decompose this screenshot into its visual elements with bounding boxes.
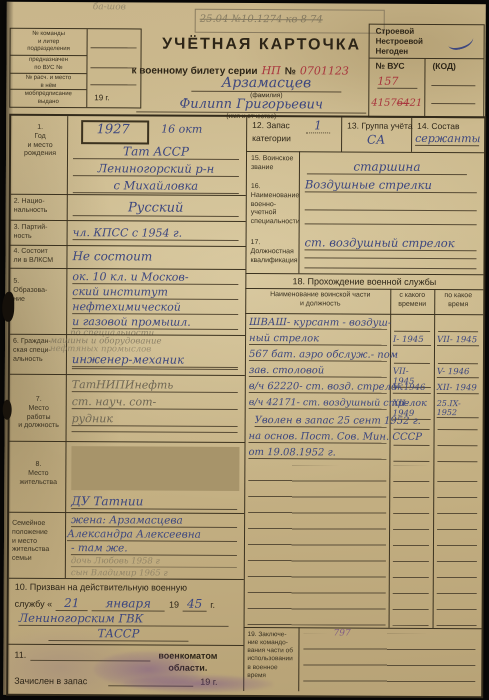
service-row-to: XII- 1949 [437, 383, 479, 394]
s14-label: 14. Состав [417, 121, 459, 131]
ink-stamp-blob [123, 674, 273, 693]
vus-specialty-value: Воздушные стрелки [305, 177, 477, 193]
callup-office-line: ТАССР [48, 626, 188, 642]
service-row-to: VII- 1945 [437, 335, 479, 346]
vus-value-handwritten: 157 [377, 75, 417, 89]
discharge-note-line: на основ. Пост. Сов. Мин. СССР [249, 431, 387, 444]
s16-label: 16. Наименование военно- учетной специал… [251, 183, 297, 227]
s10-line1: 10. Призван на действительную военную [15, 582, 187, 593]
pencil-note-box: 25.04 №10.1274 кв 8 74 [195, 9, 385, 34]
education-line: ок. 10 кл. и Москов- [72, 270, 238, 285]
birth-year: 1927 [83, 122, 143, 137]
surname-handwritten: Арзамасцев [191, 75, 341, 93]
education-line: нефтехимической [72, 300, 238, 315]
blank-to-lines [437, 466, 478, 626]
registration-card: ба-шов № команды и литер подразделения п… [3, 2, 486, 697]
service-row-from: V- 1946 [393, 383, 431, 394]
s11-line2: Зачислен в запас [14, 676, 87, 686]
code-label: (КОД) [432, 61, 455, 71]
service-row-name: 567 бат. аэро обслуж.- пом [249, 349, 387, 362]
s12-label2: категории [252, 133, 291, 143]
composition-value: сержанты [415, 132, 479, 146]
corner-row-label: мобпредписание выдано [11, 91, 85, 106]
family-line: - там же. [71, 542, 237, 556]
nationality-value: Русский [73, 200, 239, 217]
fitness-option: Негоден [376, 47, 409, 56]
education-line: ский институт [72, 285, 238, 300]
s4-label: 4. Состоит ли в ВЛКСМ [13, 248, 67, 266]
corner-row-year: 19 г. [94, 93, 138, 102]
s18-col2-header: с какого времени [392, 292, 432, 310]
family-line: жена: Арзамасцева [71, 514, 237, 528]
service-row-name: ШВАШ- курсант - воздуш- [249, 317, 387, 330]
discharge-note-line: Уволен в запас 25 сент 1952 г. [255, 415, 387, 428]
corner-row-label: предназначен по ВУС № [11, 57, 85, 72]
workplace-line: ст. науч. сот- [72, 395, 238, 410]
service-row-name: в/ч 42171- ст. воздушный стрелок [249, 397, 387, 410]
workplace-line: ТатНИПИнефть [72, 378, 238, 393]
callup-month: января [91, 596, 165, 611]
service-row-from: I- 1945 [393, 335, 431, 346]
callup-day: 21 [56, 596, 87, 611]
s17-label: 17. Должностная квалификация [250, 239, 296, 265]
torn-edge-hole [2, 292, 14, 322]
komsomol-value: Не состоит [72, 249, 238, 264]
workplace-line: рудник [72, 412, 238, 427]
family-faint-line: дочь Любовь 1958 г [71, 556, 237, 568]
s8-label: 8. Место жительства [12, 461, 64, 488]
callup-office-line: Лениногорским ГВК [19, 611, 229, 627]
corner-row-label: № команды и литер подразделения [12, 31, 86, 54]
s15-label: 15. Воинское звание [251, 155, 297, 173]
service-row-name: ный стрелок [249, 333, 387, 346]
pencil-scribble-top: ба-шов [93, 2, 126, 12]
ink-squiggle [446, 31, 475, 52]
torn-edge-hole [3, 400, 12, 420]
callup-year: 45 [183, 597, 206, 612]
fitness-option: Строевой [376, 27, 415, 36]
stamp-digits: 797 [333, 628, 350, 638]
table-center-divider [243, 117, 247, 691]
party-value: чл. КПСС с 1954 г. [73, 226, 239, 241]
name-handwritten: Филипп Григорьевич [136, 96, 366, 113]
birth-place-line: Лениногорский р-н [73, 161, 239, 177]
corner-row-label: № расч. и место в нём [11, 75, 85, 90]
service-row-to: V- 1946 [437, 367, 479, 378]
residence-value: ДУ Татнии [71, 494, 237, 510]
service-row-to: 25.IX-1952 [437, 399, 479, 418]
s12-label1: 12. Запас [252, 120, 290, 130]
birth-date-note: 16 окт [161, 123, 202, 136]
vus-label: № ВУС [375, 61, 404, 71]
rank-value: старшина [307, 159, 467, 175]
s1-label: 1. Год и место рождения [14, 124, 66, 159]
redacted-block [71, 446, 239, 491]
service-row-name: в/ч 62220- ст. возд. стрелок [249, 381, 387, 394]
mobilization-corner-box: № команды и литер подразделения предназн… [9, 28, 141, 109]
birth-place-line: с Михайловка [73, 178, 239, 194]
s6-label: 6. Граждан- ская специ- альность [13, 338, 67, 365]
s5-label: 5. Образова- ние [13, 278, 65, 305]
s11-num: 11. [14, 650, 26, 660]
service-row-name: зав. столовой [249, 365, 387, 378]
blank-service-lines [248, 465, 387, 626]
vus-code-handwritten: 41576421 [371, 93, 422, 111]
s3-label: 3. Партий- ность [14, 224, 66, 242]
s2-label: 2. Нацио- нальность [14, 198, 66, 216]
card-title: УЧЁТНАЯ КАРТОЧКА [127, 35, 397, 54]
birth-place-line: Тат АССР [73, 144, 239, 160]
s19-blank-lines [303, 633, 475, 690]
s7-label: 7. Место работы и должность [13, 396, 65, 431]
main-table: 1. Год и место рождения 1927 16 окт Тат … [6, 114, 486, 698]
reserve-category-value: 1 [306, 118, 330, 133]
s13-label: 13. Группа учёта [347, 121, 412, 131]
s9-label: Семейное положение и место жительства се… [12, 520, 66, 564]
discharge-note-line: от 19.08.1952 г. [248, 447, 386, 460]
civil-specialty-value: инженер-механик [72, 352, 238, 368]
s18-title: 18. Прохождение военной службы [245, 276, 483, 287]
qualification-value: ст. воздушный стрелок [305, 235, 477, 251]
family-line: Александра Алексеевна [67, 528, 237, 542]
account-group-value: СА [347, 133, 405, 147]
pencil-note: 25.04 №10.1274 кв 8 74 [200, 14, 323, 26]
s18-col1-header: Наименование воинской части и должность [250, 291, 390, 309]
fitness-option: Нестроевой [376, 37, 423, 46]
blank-from-lines [393, 466, 430, 626]
fitness-box: Строевой Нестроевой Негоден № ВУС (КОД) … [368, 24, 484, 119]
s19-label: 19. Заключе- ние командо- вания части об… [247, 631, 297, 680]
s18-col3-header: по какое время [436, 292, 480, 310]
